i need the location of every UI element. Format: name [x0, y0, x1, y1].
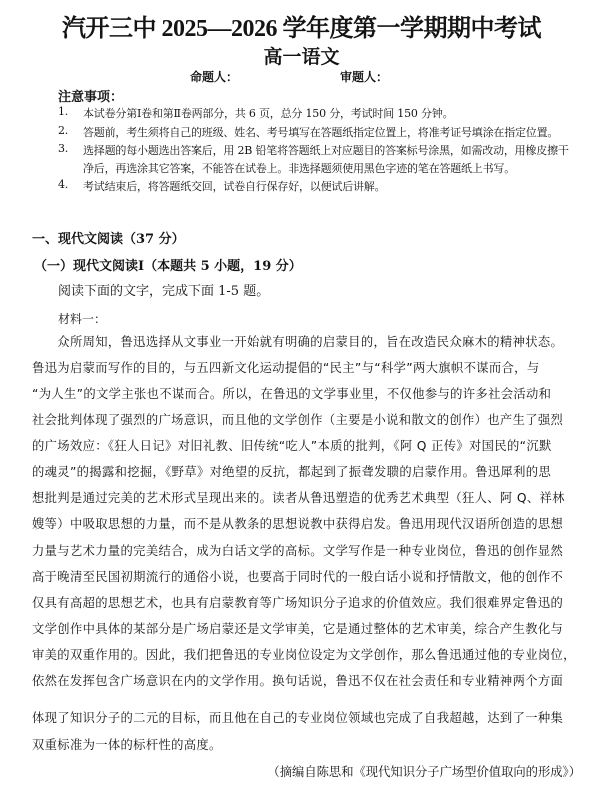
paragraph-line: 仅具有高超的思想艺术，也具有启蒙教育等广场知识分子追求的价值效应。我们很难界定鲁…	[32, 593, 563, 611]
paragraph-line: 审美的双重作用的。因此，我们把鲁迅的专业岗位设定为文学创作，那么鲁迅通过他的专业…	[32, 645, 576, 663]
paragraph-line: 力量与艺术力量的完美结合，成为白话文学的高标。文学写作是一种专业岗位，鲁迅的创作…	[32, 541, 563, 559]
material-label: 材料一：	[58, 310, 106, 327]
notice-item: 3. 选择题的每小题选出答案后，用 2B 铅笔将答题纸上对应题目的答案标号涂黑，…	[58, 142, 598, 158]
paragraph-line: 嫂等）中吸取思想的力量，而不是从教条的思想说教中获得启发。鲁迅用现代汉语所创造的…	[32, 514, 563, 532]
reviewer-label: 审题人：	[340, 68, 388, 85]
author-label: 命题人：	[190, 68, 238, 85]
section-title: 一、现代文阅读（37 分）	[32, 228, 185, 247]
notice-item: 1. 本试卷分第Ⅰ卷和第Ⅱ卷两部分，共 6 页，总分 150 分，考试时间 15…	[58, 105, 598, 121]
paragraph-line: 文学创作中具体的某部分是广场启蒙还是文学审美，它是通过整体的艺术审美，综合产生教…	[32, 619, 563, 637]
notice-item-number: 4.	[58, 178, 68, 191]
paragraph-line: 鲁迅为启蒙而写作的目的，与五四新文化运动提倡的“民主”与“科学”两大旗帜不谋而合…	[32, 358, 539, 376]
notice-item-number: 1.	[58, 105, 68, 118]
notice-item: 4. 考试结束后，将答题纸交回，试卷自行保存好，以便试后讲解。	[58, 178, 598, 194]
notice-item-text: 净后，再选涂其它答案，不能答在试卷上。非选择题须使用黑色字迹的笔在答题纸上书写。	[83, 160, 515, 176]
notice-heading: 注意事项：	[58, 86, 123, 105]
notice-item-text: 考试结束后，将答题纸交回，试卷自行保存好，以便试后讲解。	[83, 178, 385, 194]
paragraph-line: “为人生”的文学主张也不谋而合。所以，在鲁迅的文学事业里，不仅他参与的许多社会活…	[32, 384, 551, 402]
paragraph-line: 众所周知，鲁迅选择从文事业一开始就有明确的启蒙目的，旨在改造民众麻木的精神状态。	[32, 332, 563, 350]
notice-item-text: 选择题的每小题选出答案后，用 2B 铅笔将答题纸上对应题目的答案标号涂黑，如需改…	[83, 142, 569, 158]
notice-item-continuation: 净后，再选涂其它答案，不能答在试卷上。非选择题须使用黑色字迹的笔在答题纸上书写。	[58, 160, 598, 176]
paragraph-line: 想批判是通过完美的艺术形式呈现出来的。读者从鲁迅塑造的优秀艺术典型（狂人、阿 Q…	[32, 488, 565, 506]
exam-subject: 高一语文	[0, 42, 603, 69]
source-citation: （摘编自陈思和《现代知识分子广场型价值取向的形成》）	[267, 762, 581, 780]
exam-title: 汽开三中 2025—2026 学年度第一学期期中考试	[0, 8, 603, 43]
notice-item-text: 答题前，考生须将自己的班级、姓名、考号填写在答题纸指定位置上，将准考证号填涂在指…	[83, 124, 558, 140]
paragraph-line: 双重标准为一体的标杆性的高度。	[32, 735, 222, 753]
paragraph-line: 的魂灵”的揭露和挖掘，《野草》对绝望的反抗，都起到了振聋发聩的启蒙作用。鲁迅犀利…	[32, 462, 551, 480]
subsection-title: （一）现代文阅读Ⅰ（本题共 5 小题，19 分）	[34, 255, 302, 274]
reading-instruction: 阅读下面的文字，完成下面 1-5 题。	[58, 280, 269, 299]
notice-item-text: 本试卷分第Ⅰ卷和第Ⅱ卷两部分，共 6 页，总分 150 分，考试时间 150 分…	[83, 105, 453, 121]
paragraph-line: 高于晚清至民国初期流行的通俗小说，也要高于同时代的一般白话小说和抒情散文，他的创…	[32, 567, 563, 585]
paragraph-line: 的广场效应：《狂人日记》对旧礼教、旧传统“吃人”本质的批判，《阿 Q 正传》对国…	[32, 436, 552, 454]
notice-item-number: 2.	[58, 124, 68, 137]
paragraph-line: 体现了知识分子的二元的目标，而且他在自己的专业岗位领域也完成了自我超越，达到了一…	[32, 708, 563, 726]
paragraph-line: 依然在发挥包含广场意识在内的文学作用。换句话说，鲁迅不仅在社会责任和专业精神两个…	[32, 671, 563, 689]
notice-item-number: 3.	[58, 142, 68, 155]
paragraph-line: 社会批判体现了强烈的广场意识，而且他的文学创作（主要是小说和散文的创作）也产生了…	[32, 410, 563, 428]
notice-item: 2. 答题前，考生须将自己的班级、姓名、考号填写在答题纸指定位置上，将准考证号填…	[58, 124, 598, 140]
